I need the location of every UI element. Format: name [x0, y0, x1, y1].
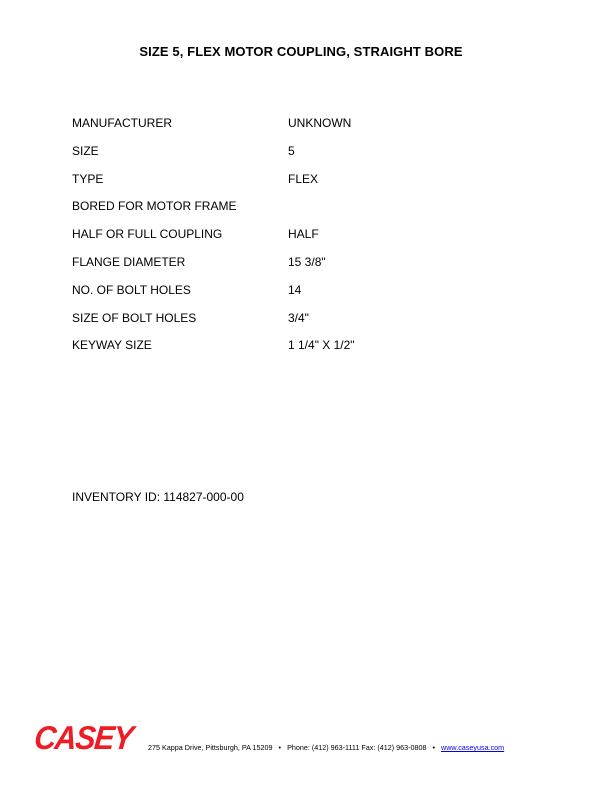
spec-label: FLANGE DIAMETER — [72, 255, 185, 269]
bullet-separator: • — [279, 743, 282, 752]
spec-label: TYPE — [72, 172, 103, 186]
website-link[interactable]: www.caseyusa.com — [441, 743, 504, 752]
bullet-separator: • — [433, 743, 436, 752]
spec-label: BORED FOR MOTOR FRAME — [72, 199, 236, 213]
spec-label: NO. OF BOLT HOLES — [72, 283, 191, 297]
inventory-id: INVENTORY ID: 114827-000-00 — [72, 490, 244, 504]
spec-label: KEYWAY SIZE — [72, 338, 152, 352]
spec-value: FLEX — [288, 172, 318, 186]
footer: CASEY 275 Kappa Drive, Pittsburgh, PA 15… — [36, 722, 576, 756]
spec-label: SIZE — [72, 144, 99, 158]
spec-value: 15 3/8" — [288, 255, 326, 269]
spec-label: SIZE OF BOLT HOLES — [72, 311, 196, 325]
casey-logo: CASEY — [33, 722, 134, 754]
spec-label: MANUFACTURER — [72, 116, 172, 130]
spec-value: HALF — [288, 227, 319, 241]
spec-value: UNKNOWN — [288, 116, 351, 130]
spec-label: HALF OR FULL COUPLING — [72, 227, 222, 241]
footer-address: 275 Kappa Drive, Pittsburgh, PA 15209 — [148, 743, 273, 752]
spec-value: 3/4" — [288, 311, 309, 325]
page-title: SIZE 5, FLEX MOTOR COUPLING, STRAIGHT BO… — [0, 44, 602, 59]
footer-phone-fax: Phone: (412) 963-1111 Fax: (412) 963-080… — [287, 743, 426, 752]
footer-contact: 275 Kappa Drive, Pittsburgh, PA 15209 • … — [148, 743, 504, 752]
spec-value: 1 1/4" X 1/2" — [288, 338, 355, 352]
spec-value: 5 — [288, 144, 295, 158]
spec-value: 14 — [288, 283, 301, 297]
